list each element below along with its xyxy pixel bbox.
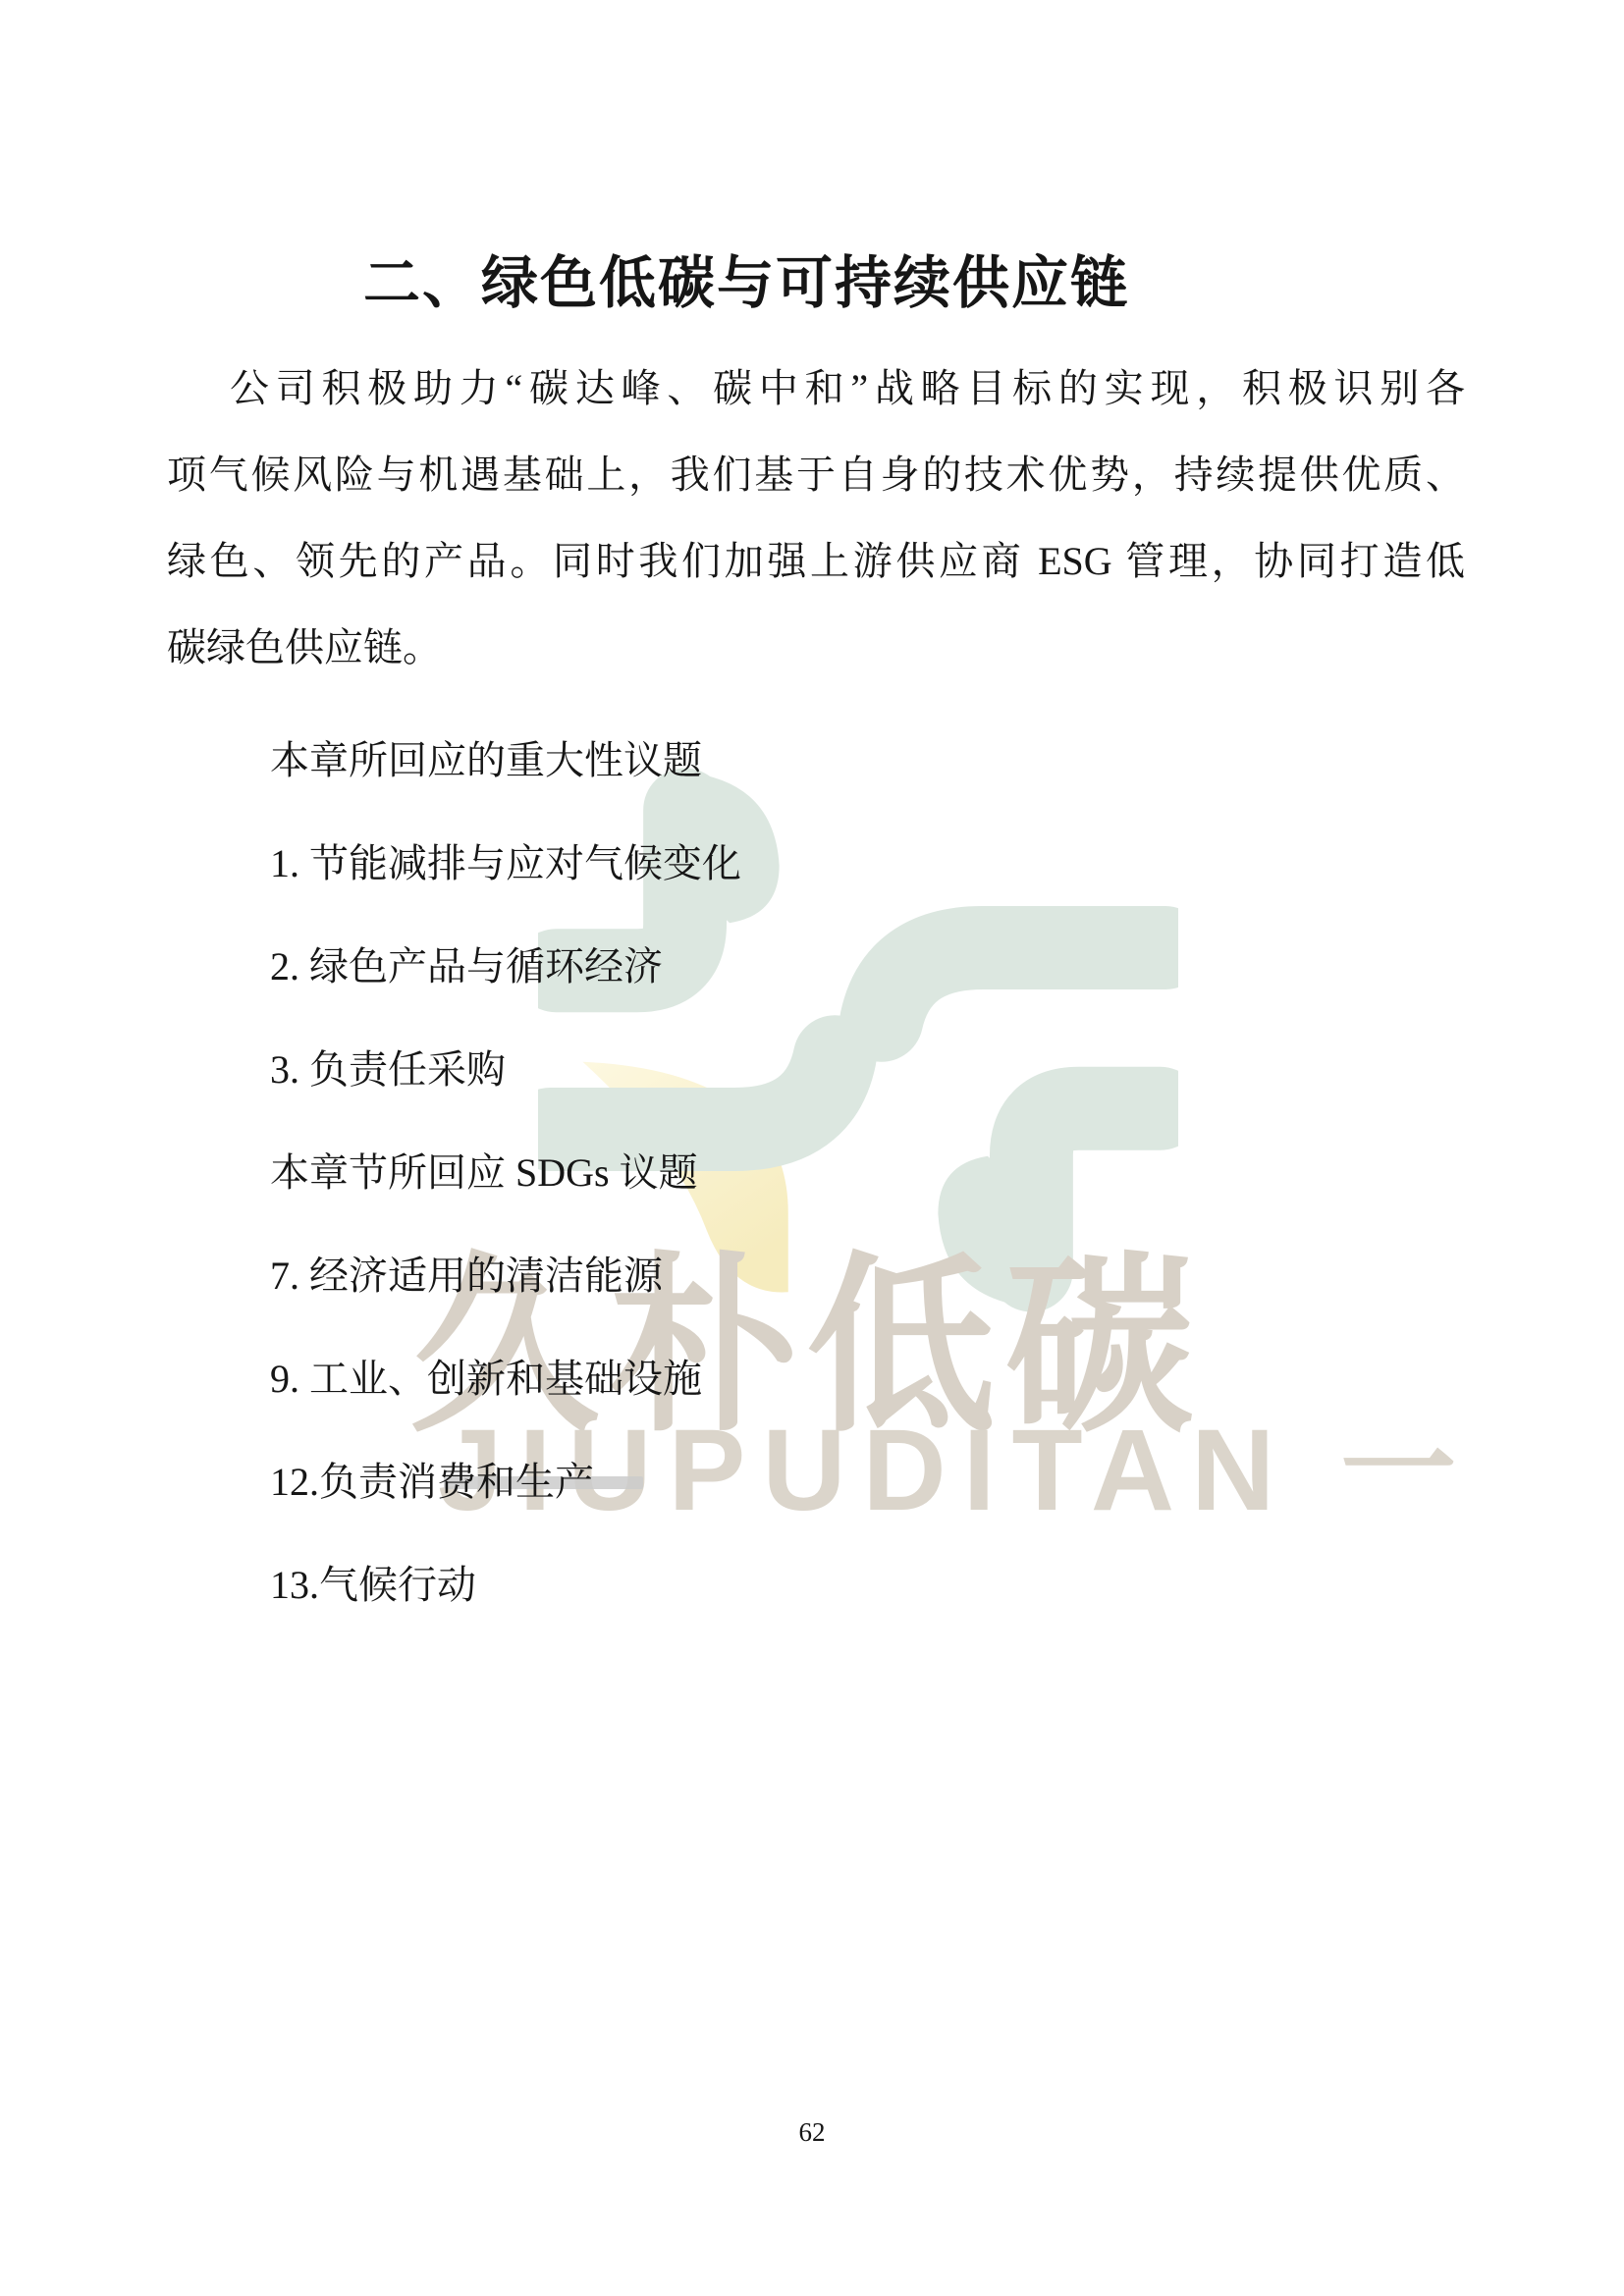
list-item: 9. 工业、创新和基础设施 <box>167 1327 1465 1430</box>
list-item: 2. 绿色产品与循环经济 <box>167 915 1465 1018</box>
list-item: 3. 负责任采购 <box>167 1018 1465 1121</box>
document-content: 二、绿色低碳与可持续供应链 公司积极助力“碳达峰、碳中和”战略目标的实现，积极识… <box>0 0 1624 2296</box>
paragraph-line: 绿色、领先的产品。同时我们加强上游供应商 ESG 管理，协同打造低 <box>167 518 1465 605</box>
list-item: 本章节所回应 SDGs 议题 <box>167 1121 1465 1224</box>
list-item: 7. 经济适用的清洁能源 <box>167 1224 1465 1327</box>
report-page: 久朴低碳 JIUPUDITAN 一 二、绿色低碳与可持续供应链 公司积极助力“碳… <box>0 0 1624 2296</box>
list-item: 本章所回应的重大性议题 <box>167 709 1465 812</box>
topics-list: 本章所回应的重大性议题 1. 节能减排与应对气候变化 2. 绿色产品与循环经济 … <box>167 709 1465 1636</box>
list-item: 1. 节能减排与应对气候变化 <box>167 812 1465 915</box>
list-item: 13.气候行动 <box>167 1533 1465 1636</box>
chapter-title: 二、绿色低碳与可持续供应链 <box>167 240 1326 328</box>
paragraph-line: 项气候风险与机遇基础上，我们基于自身的技术优势，持续提供优质、 <box>167 432 1465 518</box>
intro-paragraph: 公司积极助力“碳达峰、碳中和”战略目标的实现，积极识别各 项气候风险与机遇基础上… <box>167 346 1465 691</box>
page-number: 62 <box>0 2116 1624 2148</box>
paragraph-line: 碳绿色供应链。 <box>167 605 1465 691</box>
list-item: 12.负责消费和生产 <box>167 1430 1465 1533</box>
paragraph-line: 公司积极助力“碳达峰、碳中和”战略目标的实现，积极识别各 <box>167 346 1465 432</box>
